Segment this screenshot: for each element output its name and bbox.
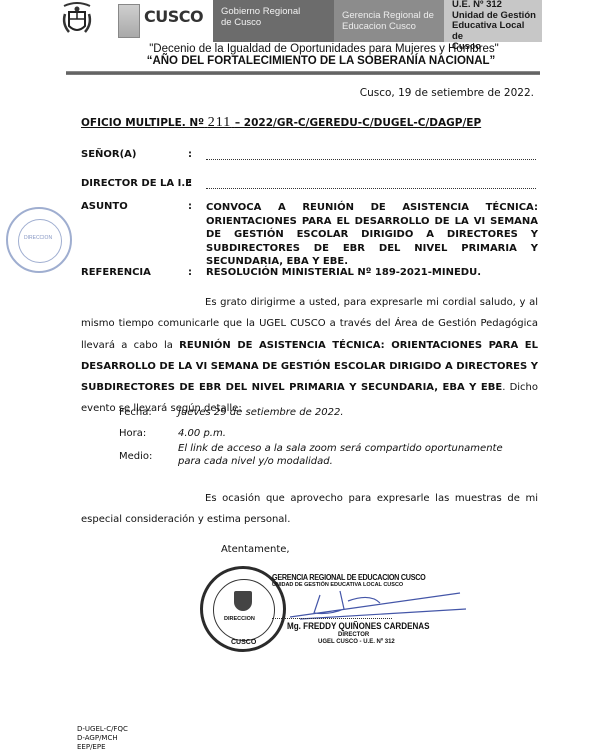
ugel-stamp-left: DIRECCION [6, 207, 72, 273]
detail-medio-value-2: para cada nivel y/o modalidad. [178, 456, 333, 467]
asunto-label: ASUNTO [81, 201, 128, 212]
signer-name: Mg. FREDDY QUIÑONES CARDENAS [287, 621, 430, 632]
regional-emblem-icon [118, 4, 140, 38]
header-gobierno-regional: Gobierno Regional de Cusco [213, 0, 334, 42]
director-blank-line [206, 187, 536, 189]
detail-medio-label: Medio: [119, 451, 152, 462]
referencia-label: REFERENCIA [81, 267, 151, 278]
detail-medio-value: El link de acceso a la sala zoom será co… [178, 443, 503, 454]
shield-icon [234, 591, 252, 611]
asunto-text: CONVOCA A REUNIÓN DE ASISTENCIA TÉCNICA:… [206, 201, 538, 269]
handwritten-signature [270, 585, 470, 625]
body-paragraph-1: Es grato dirigirme a usted, para expresa… [81, 292, 538, 420]
handwritten-number: 211 [208, 115, 231, 130]
referencia-text: RESOLUCIÓN MINISTERIAL Nº 189-2021-MINED… [206, 267, 481, 278]
decenio-slogan: "Decenio de la Igualdad de Oportunidades… [0, 43, 592, 55]
signer-role: DIRECTOR [338, 632, 369, 638]
director-label: DIRECTOR DE LA I.E [81, 178, 192, 189]
detail-fecha-label: Fecha: [119, 407, 152, 418]
signature-header: GERENCIA REGIONAL DE EDUCACION CUSCO [272, 573, 426, 582]
senor-blank-line [206, 158, 536, 160]
header-divider [66, 71, 540, 75]
colon: : [188, 149, 192, 160]
document-date: Cusco, 19 de setiembre de 2022. [360, 87, 534, 99]
colon: : [188, 267, 192, 278]
colon: : [188, 178, 192, 189]
body-paragraph-2: Es ocasión que aprovecho para expresarle… [81, 488, 538, 531]
oficio-number: OFICIO MULTIPLE. Nº 211 – 2022/GR-C/GERE… [81, 115, 481, 131]
cusco-logo-text: CUSCO [144, 7, 203, 26]
signer-unit: UGEL CUSCO - U.E. Nº 312 [318, 639, 395, 645]
peru-coat-of-arms-icon [60, 2, 94, 40]
senor-label: SEÑOR(A) [81, 149, 136, 160]
colon: : [188, 201, 192, 212]
detail-fecha-value: Jueves 29 de setiembre de 2022. [178, 407, 344, 418]
footer-initials: D-UGEL-C/FQC D-AGP/MCH EEP/EPE [77, 725, 128, 750]
year-slogan: “AÑO DEL FORTALECIMIENTO DE LA SOBERANÍA… [0, 55, 592, 67]
detail-hora-value: 4.00 p.m. [178, 428, 226, 439]
asunto-first-line: CONVOCA A REUNIÓN DE ASISTENCIA TÉCNICA: [206, 201, 538, 215]
header-gerencia-regional: Gerencia Regional de Educacion Cusco [334, 0, 444, 42]
signature-line [272, 618, 392, 619]
detail-hora-label: Hora: [119, 428, 146, 439]
header-ugel: U.E. Nº 312 Unidad de Gestión Educativa … [444, 0, 542, 42]
closing: Atentamente, [221, 544, 290, 555]
